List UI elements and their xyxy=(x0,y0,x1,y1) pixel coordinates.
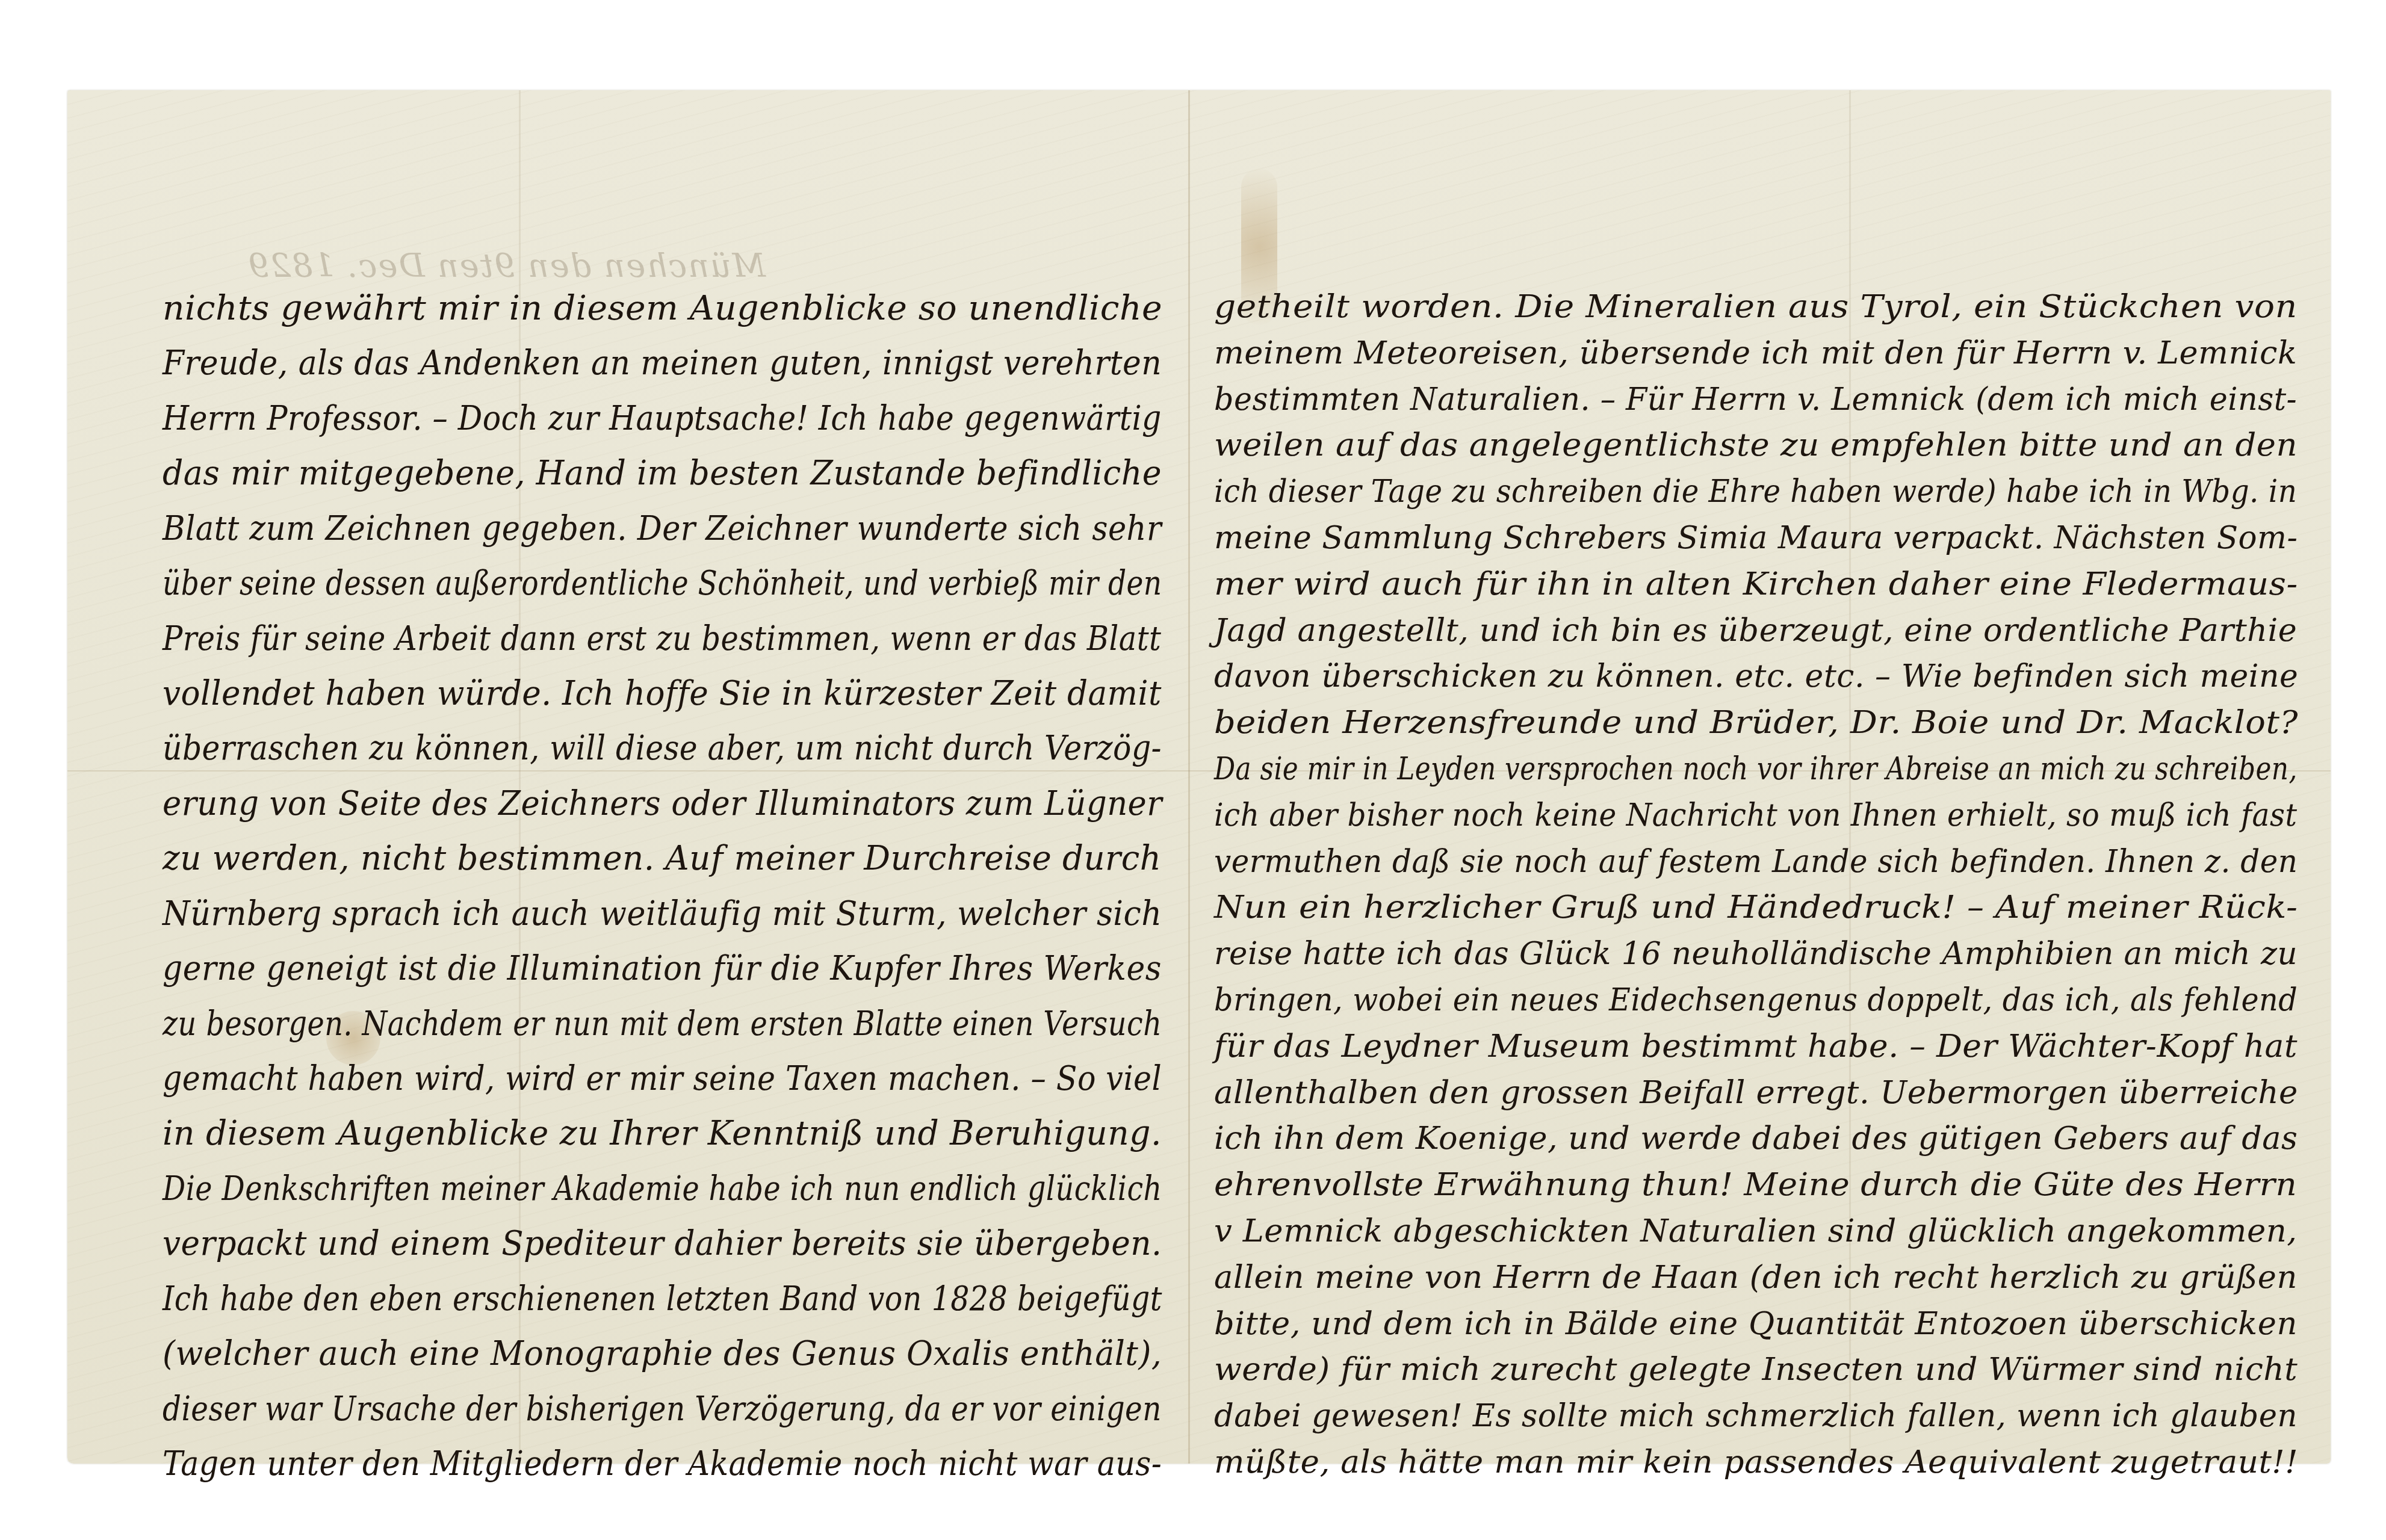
right-line-23: bitte, und dem ich in Bälde eine Quantit… xyxy=(1214,1306,2298,1342)
right-line-6: meine Sammlung Schrebers Simia Maura ver… xyxy=(1214,520,2298,556)
right-line-10: beiden Herzensfreunde und Brüder, Dr. Bo… xyxy=(1214,705,2298,741)
left-line-16: in diesem Augenblicke zu Ihrer Kenntniß … xyxy=(163,1114,1162,1153)
right-line-26: müßte, als hätte man mir kein passendes … xyxy=(1214,1444,2298,1480)
right-line-22: allein meine von Herrn de Haan (den ich … xyxy=(1214,1260,2298,1296)
right-line-25: dabei gewesen! Es sollte mich schmerzlic… xyxy=(1214,1398,2298,1434)
left-line-12: Nürnberg sprach ich auch weitläufig mit … xyxy=(163,894,1162,933)
left-line-20: (welcher auch eine Monographie des Genus… xyxy=(163,1334,1162,1373)
right-line-3: bestimmten Naturalien. – Für Herrn v. Le… xyxy=(1214,382,2297,418)
right-line-7: mer wird auch für ihn in alten Kirchen d… xyxy=(1214,566,2298,602)
left-line-18: verpackt und einem Spediteur dahier bere… xyxy=(163,1224,1162,1263)
manuscript-sheet: München den 9ten Dec. 1829 nichts gewähr… xyxy=(67,90,2331,1464)
right-line-24: werde) für mich zurecht gelegte Insecten… xyxy=(1214,1352,2298,1388)
left-line-21: dieser war Ursache der bisherigen Verzög… xyxy=(163,1390,1162,1429)
right-line-16: bringen, wobei ein neues Eidechsengenus … xyxy=(1214,982,2298,1018)
left-line-9: überraschen zu können, will diese aber, … xyxy=(163,729,1162,768)
right-line-11: Da sie mir in Leyden versprochen noch vo… xyxy=(1214,751,2298,787)
right-line-14: Nun ein herzlicher Gruß und Händedruck! … xyxy=(1214,889,2298,926)
left-line-10: erung von Seite des Zeichners oder Illum… xyxy=(163,784,1162,823)
left-line-15: gemacht haben wird, wird er mir seine Ta… xyxy=(163,1059,1162,1098)
right-line-20: ehrenvollste Erwähnung thun! Meine durch… xyxy=(1214,1167,2297,1203)
left-line-6: über seine dessen außerordentliche Schön… xyxy=(163,564,1162,603)
right-line-21: v Lemnick abgeschickten Naturalien sind … xyxy=(1214,1213,2298,1249)
left-line-7: Preis für seine Arbeit dann erst zu best… xyxy=(163,619,1161,658)
right-line-15: reise hatte ich das Glück 16 neuholländi… xyxy=(1214,936,2298,972)
left-line-22: Tagen unter den Mitgliedern der Akademie… xyxy=(163,1444,1162,1483)
right-line-19: ich ihn dem Koenige, und werde dabei des… xyxy=(1214,1121,2298,1157)
center-fold xyxy=(1188,90,1190,1464)
right-line-12: ich aber bisher noch keine Nachricht von… xyxy=(1214,797,2298,833)
right-line-2: meinem Meteoreisen, übersende ich mit de… xyxy=(1214,335,2297,371)
left-line-1: nichts gewährt mir in diesem Augenblicke… xyxy=(163,289,1162,328)
right-line-1: getheilt worden. Die Mineralien aus Tyro… xyxy=(1214,289,2298,325)
left-line-14: zu besorgen. Nachdem er nun mit dem erst… xyxy=(163,1004,1162,1044)
right-line-4: weilen auf das angelegentlichste zu empf… xyxy=(1214,427,2298,463)
right-line-5: ich dieser Tage zu schreiben die Ehre ha… xyxy=(1214,474,2297,510)
left-line-19: Ich habe den eben erschienenen letzten B… xyxy=(163,1279,1162,1319)
right-line-18: allenthalben den grossen Beifall erregt.… xyxy=(1214,1075,2298,1111)
left-line-2: Freude, als das Andenken an meinen guten… xyxy=(163,344,1162,383)
right-line-8: Jagd angestellt, und ich bin es überzeug… xyxy=(1214,613,2297,649)
left-line-5: Blatt zum Zeichnen gegeben. Der Zeichner… xyxy=(163,509,1162,548)
right-line-9: davon überschicken zu können. etc. etc. … xyxy=(1214,658,2298,694)
right-line-17: für das Leydner Museum bestimmt habe. – … xyxy=(1214,1028,2298,1065)
bleed-through-date: München den 9ten Dec. 1829 xyxy=(224,247,766,285)
left-line-3: Herrn Professor. – Doch zur Hauptsache! … xyxy=(163,399,1162,438)
left-line-13: gerne geneigt ist die Illumination für d… xyxy=(163,949,1162,988)
left-line-17: Die Denkschriften meiner Akademie habe i… xyxy=(163,1169,1162,1208)
left-line-11: zu werden, nicht bestimmen. Auf meiner D… xyxy=(163,839,1161,878)
left-line-4: das mir mitgegebene, Hand im besten Zust… xyxy=(163,454,1162,493)
right-line-13: vermuthen daß sie noch auf festem Lande … xyxy=(1214,844,2298,880)
left-line-8: vollendet haben würde. Ich hoffe Sie in … xyxy=(163,674,1162,713)
